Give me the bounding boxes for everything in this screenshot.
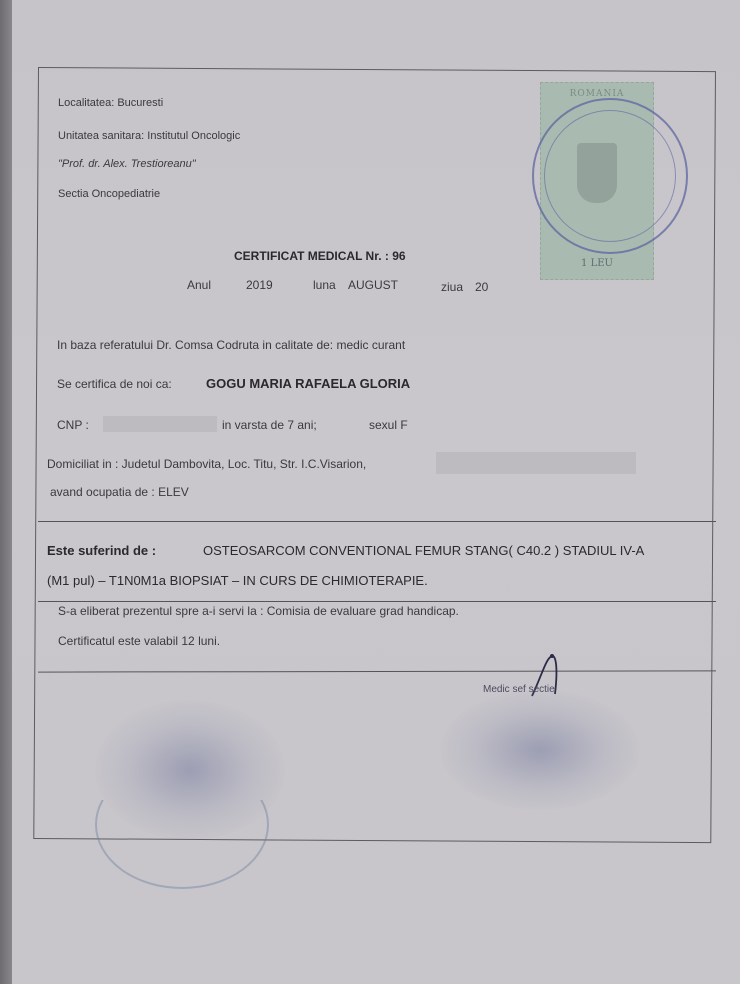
issued-for-text: S-a eliberat prezentul spre a-i servi la… [58, 604, 459, 618]
patient-name: GOGU MARIA RAFAELA GLORIA [206, 376, 410, 391]
year-label: Anul [187, 278, 211, 292]
certificate-title: CERTIFICAT MEDICAL Nr. : 96 [234, 249, 406, 263]
redacted-stamp-right [440, 690, 640, 810]
cnp-label: CNP : [57, 418, 89, 432]
day-value: 20 [475, 280, 488, 294]
medical-unit: Unitatea sanitara: Institutul Oncologic [58, 130, 240, 142]
unit-name: "Prof. dr. Alex. Trestioreanu" [58, 158, 196, 170]
month-label: luna [313, 278, 336, 292]
referral-text: In baza referatului Dr. Comsa Codruta in… [57, 338, 405, 352]
binder-edge [0, 0, 12, 984]
month-value: AUGUST [348, 278, 398, 292]
day-label: ziua [441, 280, 463, 294]
section: Sectia Oncopediatrie [58, 188, 160, 200]
fiscal-stamp-country: ROMANIA [541, 89, 653, 99]
age-text: in varsta de 7 ani; [222, 418, 317, 432]
address-text: Domiciliat in : Judetul Dambovita, Loc. … [47, 457, 366, 471]
diagnosis-label: Este suferind de : [47, 543, 156, 558]
institution-stamp-icon [532, 98, 688, 254]
diagnosis-line-2: (M1 pul) – T1N0M1a BIOPSIAT – IN CURS DE… [47, 573, 428, 588]
diagnosis-line-1: OSTEOSARCOM CONVENTIONAL FEMUR STANG( C4… [203, 543, 644, 558]
validity-text: Certificatul este valabil 12 luni. [58, 634, 220, 648]
cnp-redacted [103, 416, 217, 432]
divider [38, 601, 716, 602]
year-value: 2019 [246, 278, 273, 292]
certify-label: Se certifica de noi ca: [57, 377, 172, 391]
fiscal-stamp-value: 1 LEU [541, 258, 653, 269]
locality: Localitatea: Bucuresti [58, 97, 163, 109]
occupation-text: avand ocupatia de : ELEV [50, 485, 189, 499]
address-redacted [436, 452, 636, 474]
divider [38, 521, 716, 522]
sex-text: sexul F [369, 418, 408, 432]
